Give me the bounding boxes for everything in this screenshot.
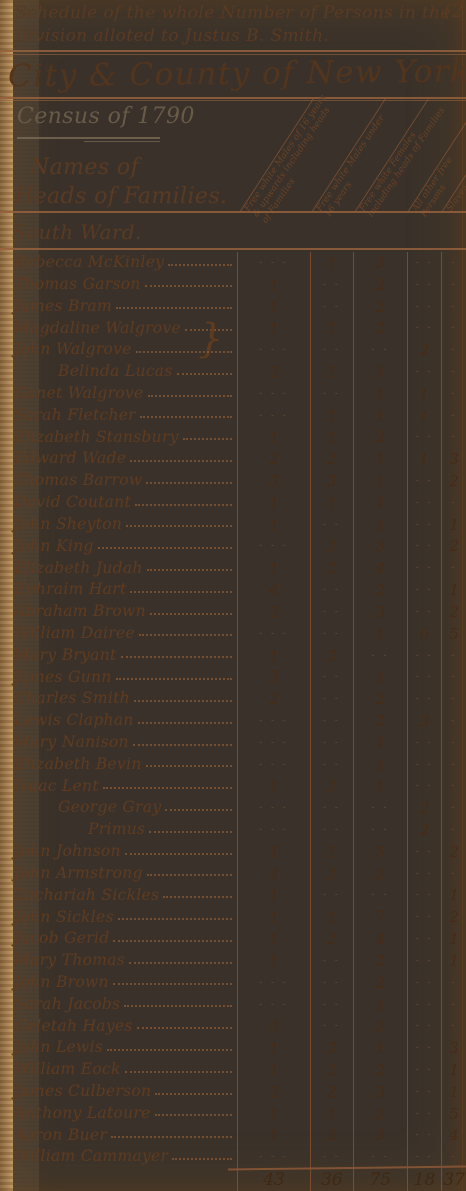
table-row: Anthony Latoure1125 (0, 1103, 466, 1125)
head-of-family-name-cell: John Sheyton (0, 517, 237, 533)
dotted-leader (133, 743, 233, 746)
tally-cell-slaves: 5 (441, 623, 466, 645)
tally-cell-females: 2 (353, 710, 406, 732)
tally-cell-females: 1 (353, 666, 406, 688)
tally-cell-otherFree (407, 557, 442, 579)
head-of-family-name-cell: Geletah Hayes (0, 1019, 237, 1035)
tally-cell-otherFree (407, 950, 442, 972)
tally-cell-males16up: 2 (237, 688, 309, 710)
tally-cell-otherFree (407, 1103, 442, 1125)
head-of-family-name-cell: Elizabeth Stansbury (0, 430, 237, 446)
table-row: William Cammayer (0, 1146, 466, 1168)
head-of-family-name: Anthony Latoure (0, 1106, 151, 1122)
head-of-family-name: John Armstrong (0, 866, 143, 882)
table-row: Lewis Claphan23 (0, 710, 466, 732)
tally-cell-malesUnder16: 3 (310, 645, 354, 667)
total-otherFree: 18 (407, 1168, 442, 1191)
tally-cell-otherFree (407, 645, 442, 667)
tally-cell-malesUnder16 (310, 710, 354, 732)
dotted-leader (116, 306, 232, 309)
tally-cell-slaves: 2 (441, 470, 466, 492)
tally-cell-females: 1 (353, 732, 406, 754)
tally-cell-otherFree (407, 906, 442, 928)
tally-cell-slaves (441, 645, 466, 667)
head-of-family-name: Magdaline Walgrove (0, 321, 181, 337)
totals-row: 4336751837 (0, 1168, 466, 1191)
tally-cell-females: 4 (353, 928, 406, 950)
tally-cell-males16up: 1 (237, 492, 309, 514)
tally-cell-malesUnder16 (310, 797, 354, 819)
head-of-family-name: Abraham Brown (0, 604, 146, 620)
table-row: William Dairee165 (0, 623, 466, 645)
tally-cell-slaves (441, 317, 466, 339)
dotted-leader (148, 394, 233, 397)
dotted-leader (124, 1004, 232, 1007)
tally-cell-otherFree (407, 1015, 442, 1037)
tally-cell-malesUnder16: 1 (310, 361, 354, 383)
table-row: John Brown2 (0, 972, 466, 994)
dotted-leader (150, 612, 233, 615)
tally-cell-females: 5 (353, 841, 406, 863)
tally-cell-slaves: 4 (441, 1125, 466, 1147)
table-row: Sarah Fletcher111 (0, 405, 466, 427)
table-row: Abraham Brown232 (0, 601, 466, 623)
head-of-family-name-cell: Sarah Jacobs (0, 997, 237, 1013)
head-of-family-name: Thomas Garson (0, 277, 141, 293)
tally-cell-slaves: 2 (441, 536, 466, 558)
horizontal-rule (0, 50, 466, 52)
head-of-family-name: Ephraim Hart (0, 582, 126, 598)
dotted-leader (118, 917, 233, 920)
tally-cell-males16up: 3 (237, 470, 309, 492)
tally-cell-otherFree (407, 274, 442, 296)
table-row: Mary Nanison1 (0, 732, 466, 754)
head-of-family-name: Primus (0, 822, 145, 838)
head-of-family-name-cell: Thomas Barrow (0, 473, 237, 489)
table-row: Thomas Barrow3312 (0, 470, 466, 492)
head-of-family-name-cell: Isaac Lent (0, 779, 237, 795)
names-header-line2: Heads of Families. (14, 184, 227, 209)
head-of-family-name: William Dairee (0, 626, 135, 642)
tally-cell-malesUnder16: 3 (310, 1037, 354, 1059)
tally-cell-females: 7 (353, 906, 406, 928)
tally-cell-females: 3 (353, 1125, 406, 1147)
totals-spacer (0, 1168, 237, 1191)
tally-cell-females: 1 (353, 405, 406, 427)
tally-cell-males16up: 2 (237, 1081, 309, 1103)
dotted-leader (139, 633, 232, 636)
dotted-leader (116, 677, 233, 680)
head-of-family-name-cell: William Cammayer (0, 1149, 237, 1165)
head-of-family-name-cell: David Coutant (0, 495, 237, 511)
tally-cell-malesUnder16 (310, 339, 354, 361)
tally-cell-males16up (237, 797, 309, 819)
head-of-family-name-cell: Mary Nanison (0, 735, 237, 751)
census-ledger-page: Schedule of the whole Number of Persons … (0, 0, 466, 1191)
tally-cell-females: 3 (353, 252, 406, 274)
tally-cell-slaves (441, 1015, 466, 1037)
table-row: Ephraim Hart421 (0, 579, 466, 601)
tally-cell-malesUnder16: 1 (310, 252, 354, 274)
tally-cell-males16up: 1 (237, 928, 309, 950)
head-of-family-name-cell: John Walgrove (0, 342, 237, 358)
dotted-leader (138, 721, 233, 724)
total-slaves: 37 (441, 1168, 466, 1191)
table-row: James Gunn31 (0, 666, 466, 688)
horizontal-rule (0, 100, 466, 101)
head-of-family-name: James Bram (0, 299, 112, 315)
tally-cell-otherFree (407, 732, 442, 754)
tally-cell-slaves: 2 (441, 906, 466, 928)
table-row: Belinda Lucas211 (0, 361, 466, 383)
head-of-family-name-cell: William Eock (0, 1062, 237, 1078)
tally-cell-males16up: 1 (237, 645, 309, 667)
tally-cell-otherFree (407, 863, 442, 885)
tally-cell-slaves (441, 427, 466, 449)
tally-cell-males16up (237, 339, 309, 361)
head-of-family-name: John Brown (0, 975, 109, 991)
tally-cell-males16up (237, 623, 309, 645)
head-of-family-name-cell: Mary Thomas (0, 953, 237, 969)
table-row: Jacob Gerid1241 (0, 928, 466, 950)
table-row: Rebecca McKinley13 (0, 252, 466, 274)
tally-cell-malesUnder16: 1 (310, 405, 354, 427)
tally-cell-males16up (237, 710, 309, 732)
ward-label: South Ward. (12, 220, 142, 244)
head-of-family-name: Charles Smith (0, 691, 130, 707)
dotted-leader (165, 808, 232, 811)
names-header-line1: Names of (30, 155, 139, 180)
tally-cell-slaves (441, 710, 466, 732)
tally-cell-otherFree: 1 (407, 448, 442, 470)
tally-cell-otherFree (407, 361, 442, 383)
table-row: Mary Bryant13 (0, 645, 466, 667)
tally-cell-malesUnder16: 2 (310, 557, 354, 579)
dotted-leader (126, 524, 232, 527)
head-of-family-name-cell: John Johnson (0, 844, 237, 860)
table-row: Aaron Buer1234 (0, 1125, 466, 1147)
head-of-family-name-cell: Mary Bryant (0, 648, 237, 664)
table-row: John Johnson1152 (0, 841, 466, 863)
tally-cell-malesUnder16 (310, 994, 354, 1016)
tally-cell-females: 1 (353, 1037, 406, 1059)
tally-cell-females: 1 (353, 448, 406, 470)
tally-cell-females: 1 (353, 994, 406, 1016)
head-of-family-name: Belinda Lucas (0, 364, 173, 380)
tally-cell-females: 2 (353, 863, 406, 885)
head-of-family-name: James Culberson (0, 1084, 151, 1100)
head-of-family-name: Rebecca McKinley (0, 255, 164, 271)
head-of-family-name: Mary Bryant (0, 648, 117, 664)
dotted-leader (107, 1048, 232, 1051)
tally-cell-otherFree (407, 1125, 442, 1147)
tally-cell-slaves: 1 (441, 579, 466, 601)
head-of-family-name: Elizabeth Judah (0, 561, 143, 577)
horizontal-rule (0, 211, 466, 213)
tally-cell-males16up: 2 (237, 361, 309, 383)
tally-cell-slaves: 2 (441, 841, 466, 863)
dotted-leader (137, 1026, 233, 1029)
tally-cell-malesUnder16: 1 (310, 841, 354, 863)
table-row: Magdaline Walgrove112 (0, 317, 466, 339)
head-of-family-name-cell: Elizabeth Judah (0, 561, 237, 577)
head-of-family-name-cell: Primus (0, 822, 237, 838)
table-row: James Culberson2231 (0, 1081, 466, 1103)
head-of-family-name: John Sickles (0, 910, 114, 926)
tally-cell-slaves (441, 361, 466, 383)
head-of-family-name-cell: Edward Wade (0, 451, 237, 467)
dotted-leader (103, 786, 233, 789)
tally-cell-females: 2 (353, 1059, 406, 1081)
dotted-leader (134, 699, 233, 702)
table-row: Edward Wade22113 (0, 448, 466, 470)
head-of-family-name: Elizabeth Stansbury (0, 430, 179, 446)
table-row: John Sickles1172 (0, 906, 466, 928)
table-row: Thomas Garson12 (0, 274, 466, 296)
dotted-leader (172, 1157, 232, 1160)
tally-cell-otherFree (407, 666, 442, 688)
head-of-family-name-cell: Rebecca McKinley (0, 255, 237, 271)
table-row: John Lewis1313 (0, 1037, 466, 1059)
tally-cell-otherFree (407, 972, 442, 994)
table-row: Charles Smith22 (0, 688, 466, 710)
head-of-family-name: John Sheyton (0, 517, 122, 533)
page-corner-mark: (2 (444, 0, 464, 22)
head-of-family-name-cell: John Brown (0, 975, 237, 991)
tally-cell-malesUnder16: 2 (310, 1125, 354, 1147)
dotted-leader (155, 1092, 232, 1095)
tally-cell-males16up: 1 (237, 1037, 309, 1059)
tally-cell-females (353, 1146, 406, 1168)
tally-cell-males16up (237, 819, 309, 841)
tally-cell-females: 2 (353, 688, 406, 710)
tally-cell-otherFree (407, 470, 442, 492)
tally-cell-malesUnder16 (310, 296, 354, 318)
tally-cell-females (353, 885, 406, 907)
tally-cell-males16up (237, 1146, 309, 1168)
head-of-family-name: Edward Wade (0, 451, 126, 467)
tally-cell-slaves (441, 296, 466, 318)
tally-cell-malesUnder16: 1 (310, 906, 354, 928)
dotted-leader (146, 764, 233, 767)
dotted-leader (183, 437, 233, 440)
tally-cell-malesUnder16 (310, 623, 354, 645)
head-of-family-name: William Cammayer (0, 1149, 168, 1165)
tally-cell-malesUnder16: 1 (310, 427, 354, 449)
tally-cell-males16up: 1 (237, 427, 309, 449)
head-of-family-name: John King (0, 539, 94, 555)
dotted-leader (155, 1113, 233, 1116)
tally-cell-otherFree (407, 1059, 442, 1081)
tally-cell-males16up: 4 (237, 579, 309, 601)
head-of-family-name-cell: John Armstrong (0, 866, 237, 882)
head-of-family-name-cell: James Bram (0, 299, 237, 315)
tally-cell-malesUnder16: 1 (310, 492, 354, 514)
tally-cell-males16up (237, 252, 309, 274)
tally-cell-males16up: 1 (237, 557, 309, 579)
head-of-family-name: Ganet Walgrove (0, 386, 144, 402)
head-of-family-name: John Johnson (0, 844, 121, 860)
tally-cell-slaves: 1 (441, 928, 466, 950)
region-title: City & County of New York. (8, 54, 448, 95)
tally-cell-otherFree: 1 (407, 405, 442, 427)
tally-cell-males16up: 1 (237, 885, 309, 907)
tally-cell-slaves: 3 (441, 448, 466, 470)
tally-cell-males16up (237, 972, 309, 994)
tally-cell-slaves (441, 863, 466, 885)
tally-cell-otherFree (407, 841, 442, 863)
tally-cell-slaves (441, 339, 466, 361)
head-of-family-name: Jacob Gerid (0, 931, 109, 947)
head-of-family-name: Sarah Fletcher (0, 408, 136, 424)
tally-cell-females: 2 (353, 972, 406, 994)
tally-cell-malesUnder16 (310, 579, 354, 601)
tally-cell-otherFree: 2 (407, 339, 442, 361)
tally-cell-females: 1 (353, 776, 406, 798)
head-of-family-name-cell: Zachariah Sickles (0, 888, 237, 904)
tally-cell-malesUnder16: 2 (310, 776, 354, 798)
table-row: Zachariah Sickles11 (0, 885, 466, 907)
tally-cell-males16up: 1 (237, 514, 309, 536)
total-malesUnder16: 36 (310, 1168, 354, 1191)
tally-cell-otherFree (407, 601, 442, 623)
table-row: John King232 (0, 536, 466, 558)
table-row: John Armstrong222 (0, 863, 466, 885)
dotted-leader (121, 655, 233, 658)
head-of-family-name: Mary Nanison (0, 735, 129, 751)
tally-cell-malesUnder16: 2 (310, 1059, 354, 1081)
tally-cell-slaves (441, 405, 466, 427)
head-of-family-name-cell: Sarah Fletcher (0, 408, 237, 424)
tally-cell-otherFree (407, 1037, 442, 1059)
head-of-family-name-cell: Thomas Garson (0, 277, 237, 293)
table-row: Primus2 (0, 819, 466, 841)
tally-cell-females: 3 (353, 1081, 406, 1103)
table-row: Isaac Lent121 (0, 776, 466, 798)
tally-cell-females: 2 (353, 1103, 406, 1125)
tally-cell-males16up: 1 (237, 776, 309, 798)
head-of-family-name: Mary Thomas (0, 953, 125, 969)
dotted-leader (130, 590, 232, 593)
tally-cell-females: 1 (353, 492, 406, 514)
dotted-leader (111, 1135, 232, 1138)
head-of-family-name: David Coutant (0, 495, 131, 511)
dotted-leader (147, 568, 233, 571)
tally-cell-females: 2 (353, 1015, 406, 1037)
head-of-family-name: Sarah Jacobs (0, 997, 120, 1013)
tally-cell-otherFree: 2 (407, 819, 442, 841)
tally-cell-slaves (441, 383, 466, 405)
tally-cell-females: 2 (353, 317, 406, 339)
table-row: John Walgrove2 (0, 339, 466, 361)
tally-cell-slaves (441, 819, 466, 841)
head-of-family-name-cell: Anthony Latoure (0, 1106, 237, 1122)
tally-cell-slaves (441, 972, 466, 994)
head-of-family-name-cell: Ganet Walgrove (0, 386, 237, 402)
tally-cell-malesUnder16 (310, 972, 354, 994)
tally-cell-otherFree (407, 427, 442, 449)
tally-cell-females (353, 819, 406, 841)
tally-cell-otherFree (407, 514, 442, 536)
table-row: Elizabeth Judah124 (0, 557, 466, 579)
head-of-family-name-cell: James Culberson (0, 1084, 237, 1100)
head-of-family-name: John Walgrove (0, 342, 132, 358)
dotted-leader (146, 481, 232, 484)
tally-cell-otherFree (407, 754, 442, 776)
head-of-family-name-cell: Elizabeth Bevin (0, 757, 237, 773)
tally-cell-slaves: 1 (441, 1059, 466, 1081)
tally-cell-females: 1 (353, 514, 406, 536)
tally-cell-slaves (441, 274, 466, 296)
head-of-family-name: Isaac Lent (0, 779, 99, 795)
dotted-leader (177, 372, 233, 375)
tally-cell-slaves: 5 (441, 1103, 466, 1125)
tally-cell-otherFree (407, 579, 442, 601)
tally-cell-males16up: 1 (237, 1103, 309, 1125)
tally-cell-females (353, 797, 406, 819)
tally-cell-slaves: 1 (441, 1081, 466, 1103)
head-of-family-name-cell: Jacob Gerid (0, 931, 237, 947)
dotted-leader (163, 895, 232, 898)
tally-cell-males16up: 1 (237, 950, 309, 972)
total-males16up: 43 (237, 1168, 309, 1191)
dotted-leader (125, 852, 233, 855)
head-of-family-name-cell: Charles Smith (0, 691, 237, 707)
tally-cell-slaves (441, 732, 466, 754)
table-row: James Bram12 (0, 296, 466, 318)
tally-cell-females: 2 (353, 427, 406, 449)
dotted-leader (130, 459, 232, 462)
head-of-family-name: John Lewis (0, 1040, 103, 1056)
tally-cell-males16up: 1 (237, 1059, 309, 1081)
head-of-family-name-cell: William Dairee (0, 626, 237, 642)
head-of-family-name-cell: John Sickles (0, 910, 237, 926)
tally-cell-males16up: 1 (237, 317, 309, 339)
horizontal-rule (0, 97, 466, 99)
tally-cell-females: 3 (353, 536, 406, 558)
table-row: Elizabeth Stansbury112 (0, 427, 466, 449)
tally-cell-otherFree: 3 (407, 710, 442, 732)
tally-cell-malesUnder16: 3 (310, 470, 354, 492)
tally-cell-malesUnder16 (310, 885, 354, 907)
tally-cell-otherFree (407, 688, 442, 710)
head-of-family-name: Zachariah Sickles (0, 888, 159, 904)
table-row: Ganet Walgrove11 (0, 383, 466, 405)
tally-cell-malesUnder16 (310, 514, 354, 536)
tally-cell-slaves (441, 688, 466, 710)
head-of-family-name-cell: Aaron Buer (0, 1128, 237, 1144)
tally-cell-otherFree: 2 (407, 797, 442, 819)
tally-cell-malesUnder16: 2 (310, 536, 354, 558)
tally-cell-otherFree: 1 (407, 383, 442, 405)
schedule-title-line1: Schedule of the whole Number of Persons … (15, 3, 451, 23)
table-row: William Eock1221 (0, 1059, 466, 1081)
dotted-leader (113, 939, 232, 942)
tally-cell-malesUnder16 (310, 666, 354, 688)
tally-cell-slaves: 3 (441, 1037, 466, 1059)
tally-cell-slaves (441, 666, 466, 688)
tally-cell-females: 1 (353, 470, 406, 492)
tally-cell-males16up: 3 (237, 666, 309, 688)
dotted-leader (145, 284, 233, 287)
head-of-family-name: Aaron Buer (0, 1128, 107, 1144)
tally-cell-males16up: 3 (237, 1015, 309, 1037)
tally-cell-females: 1 (353, 383, 406, 405)
tally-cell-males16up (237, 754, 309, 776)
tally-cell-males16up: 2 (237, 863, 309, 885)
head-of-family-name-cell: James Gunn (0, 670, 237, 686)
tally-cell-males16up (237, 405, 309, 427)
